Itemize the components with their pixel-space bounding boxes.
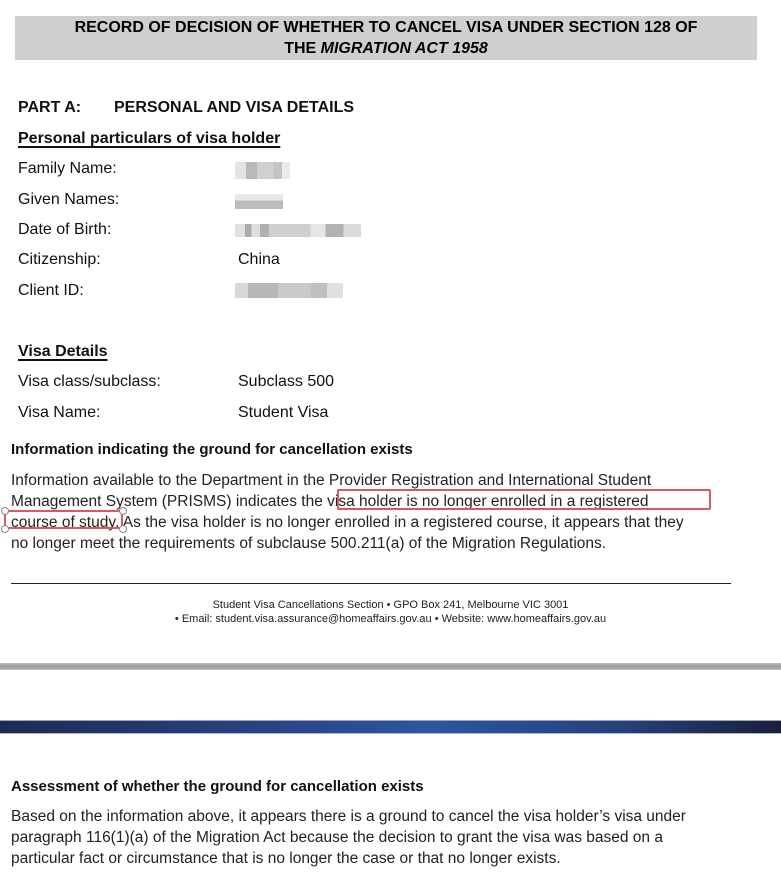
title-line-2: THE MIGRATION ACT 1958 [15,38,757,59]
ground-info-line-2-text: Management System (PRISMS) indicates the [11,493,323,510]
date-of-birth-value-redacted [235,224,361,237]
visa-class-label: Visa class/subclass: [18,373,161,391]
ground-info-heading: Information indicating the ground for ca… [11,441,413,458]
family-name-value-redacted [235,162,290,179]
ground-info-line-3-text: . As the visa holder is no longer enroll… [115,514,684,531]
visa-details-heading: Visa Details [18,343,108,361]
annotation-highlight-box[interactable] [337,489,711,510]
resize-handle-bottom-right[interactable] [119,525,127,533]
annotation-highlight-box-selected[interactable] [4,510,123,529]
footer-line-1: Student Visa Cancellations Section • GPO… [0,598,781,612]
page-break-bar [0,663,781,670]
footer-divider [11,583,731,584]
ground-info-line-1: Information available to the Department … [11,470,761,491]
client-id-label: Client ID: [18,282,84,300]
resize-handle-top-right[interactable] [119,507,127,515]
part-number: PART A: [18,99,114,117]
assessment-heading: Assessment of whether the ground for can… [11,778,424,795]
title-prefix: THE [284,40,320,57]
visa-name-value: Student Visa [238,404,328,422]
page-header-bar [0,721,781,733]
resize-handle-bottom-left[interactable] [1,525,9,533]
assessment-paragraph: Based on the information above, it appea… [11,806,761,869]
resize-handle-top-left[interactable] [1,507,9,515]
part-a-heading: PART A:PERSONAL AND VISA DETAILS [18,99,354,117]
footer-line-2: • Email: student.visa.assurance@homeaffa… [0,612,781,626]
visa-class-value: Subclass 500 [238,373,334,391]
personal-particulars-heading: Personal particulars of visa holder [18,130,280,148]
document-title-banner: RECORD OF DECISION OF WHETHER TO CANCEL … [15,16,757,60]
title-line-1: RECORD OF DECISION OF WHETHER TO CANCEL … [15,17,757,38]
given-names-label: Given Names: [18,191,119,209]
citizenship-label: Citizenship: [18,251,101,269]
assessment-line-1: Based on the information above, it appea… [11,806,761,827]
act-name: MIGRATION ACT 1958 [321,40,488,57]
ground-info-line-4: no longer meet the requirements of subcl… [11,533,761,554]
citizenship-value: China [238,251,280,269]
part-title: PERSONAL AND VISA DETAILS [114,99,354,116]
visa-name-label: Visa Name: [18,404,100,422]
assessment-line-3: particular fact or circumstance that is … [11,848,761,869]
assessment-line-2: paragraph 116(1)(a) of the Migration Act… [11,827,761,848]
family-name-label: Family Name: [18,160,117,178]
client-id-value-redacted [235,283,343,298]
given-names-value-redacted [235,194,283,209]
date-of-birth-label: Date of Birth: [18,221,111,239]
